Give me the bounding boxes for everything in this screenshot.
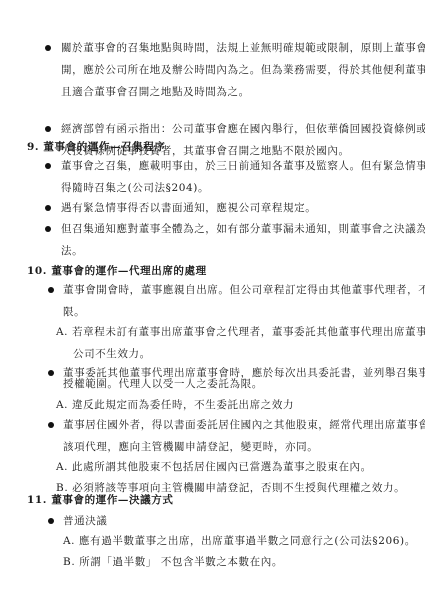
paragraph-line: 限。 — [63, 305, 85, 319]
subitem-line: A. 應有過半數董事之出席，出席董事過半數之同意行之(公司法§206)。 — [63, 534, 416, 548]
paragraph-line: 授權範圍。代理人以受一人之委託為限。 — [63, 377, 263, 391]
paragraph-line: 該項代理，應向主管機關申請登記，變更時，亦同。 — [63, 440, 318, 454]
document-page: 關於董事會的召集地點與時間，法規上並無明確規範或限制，原則上董事會之召 開，應於… — [0, 0, 425, 600]
paragraph-line: 得隨時召集之(公司法§204)。 — [61, 181, 209, 195]
bullet-icon — [48, 422, 54, 428]
subitem-line: 公司不生效力。 — [73, 347, 151, 361]
paragraph-line: 法。 — [61, 244, 83, 258]
section-heading-10: 10. 董事會的運作—代理出席的處理 — [27, 264, 207, 278]
bullet-icon — [48, 370, 54, 376]
subitem-line: A. 違反此規定而為委任時，不生委託出席之效力 — [56, 398, 294, 412]
paragraph-line: 董事會之召集，應載明事由，於三日前通知各董事及監察人。但有緊急情事時， — [61, 159, 425, 173]
section-heading-9: 9. 董事會的運作—召集程序 — [27, 140, 166, 154]
subitem-line: B. 所謂「過半數」 不包含半數之本數在內。 — [63, 555, 283, 569]
subitem-line: A. 此處所謂其他股東不包括居住國內已當選為董事之股東在內。 — [56, 460, 372, 474]
paragraph-line: 普通決議 — [63, 514, 107, 528]
bullet-icon — [45, 226, 51, 232]
paragraph-line: 開，應於公司所在地及辦公時間內為之。但為業務需要，得於其他便利董事出席 — [61, 63, 425, 77]
paragraph-line: 且適合董事會召開之地點及時間為之。 — [61, 85, 250, 99]
bullet-icon — [45, 45, 51, 51]
paragraph-line: 關於董事會的召集地點與時間，法規上並無明確規範或限制，原則上董事會之召 — [61, 41, 425, 55]
bullet-icon — [45, 126, 51, 132]
paragraph-line: 董事會開會時，董事應親自出席。但公司章程訂定得由其他董事代理者，不在此 — [63, 283, 425, 297]
bullet-icon — [48, 287, 54, 293]
bullet-icon — [48, 518, 54, 524]
paragraph-line: 董事居住國外者，得以書面委託居住國內之其他股東，經常代理出席董事會。但 — [63, 418, 425, 432]
paragraph-line: 遇有緊急情事得否以書面通知，應視公司章程規定。 — [61, 201, 316, 215]
bullet-icon — [45, 205, 51, 211]
subitem-line: A. 若章程未訂有董事出席董事會之代理者，董事委託其他董事代理出席董事會對 — [56, 325, 425, 339]
bullet-icon — [45, 163, 51, 169]
section-heading-11: 11. 董事會的運作—決議方式 — [27, 493, 173, 507]
paragraph-line: 經濟部曾有函示指出：公司董事會應在國內舉行，但依華僑回國投資條例或外國 — [61, 122, 425, 136]
paragraph-line: 但召集通知應對董事全體為之，如有部分董事漏未通知，則董事會之決議為不適 — [61, 222, 425, 236]
